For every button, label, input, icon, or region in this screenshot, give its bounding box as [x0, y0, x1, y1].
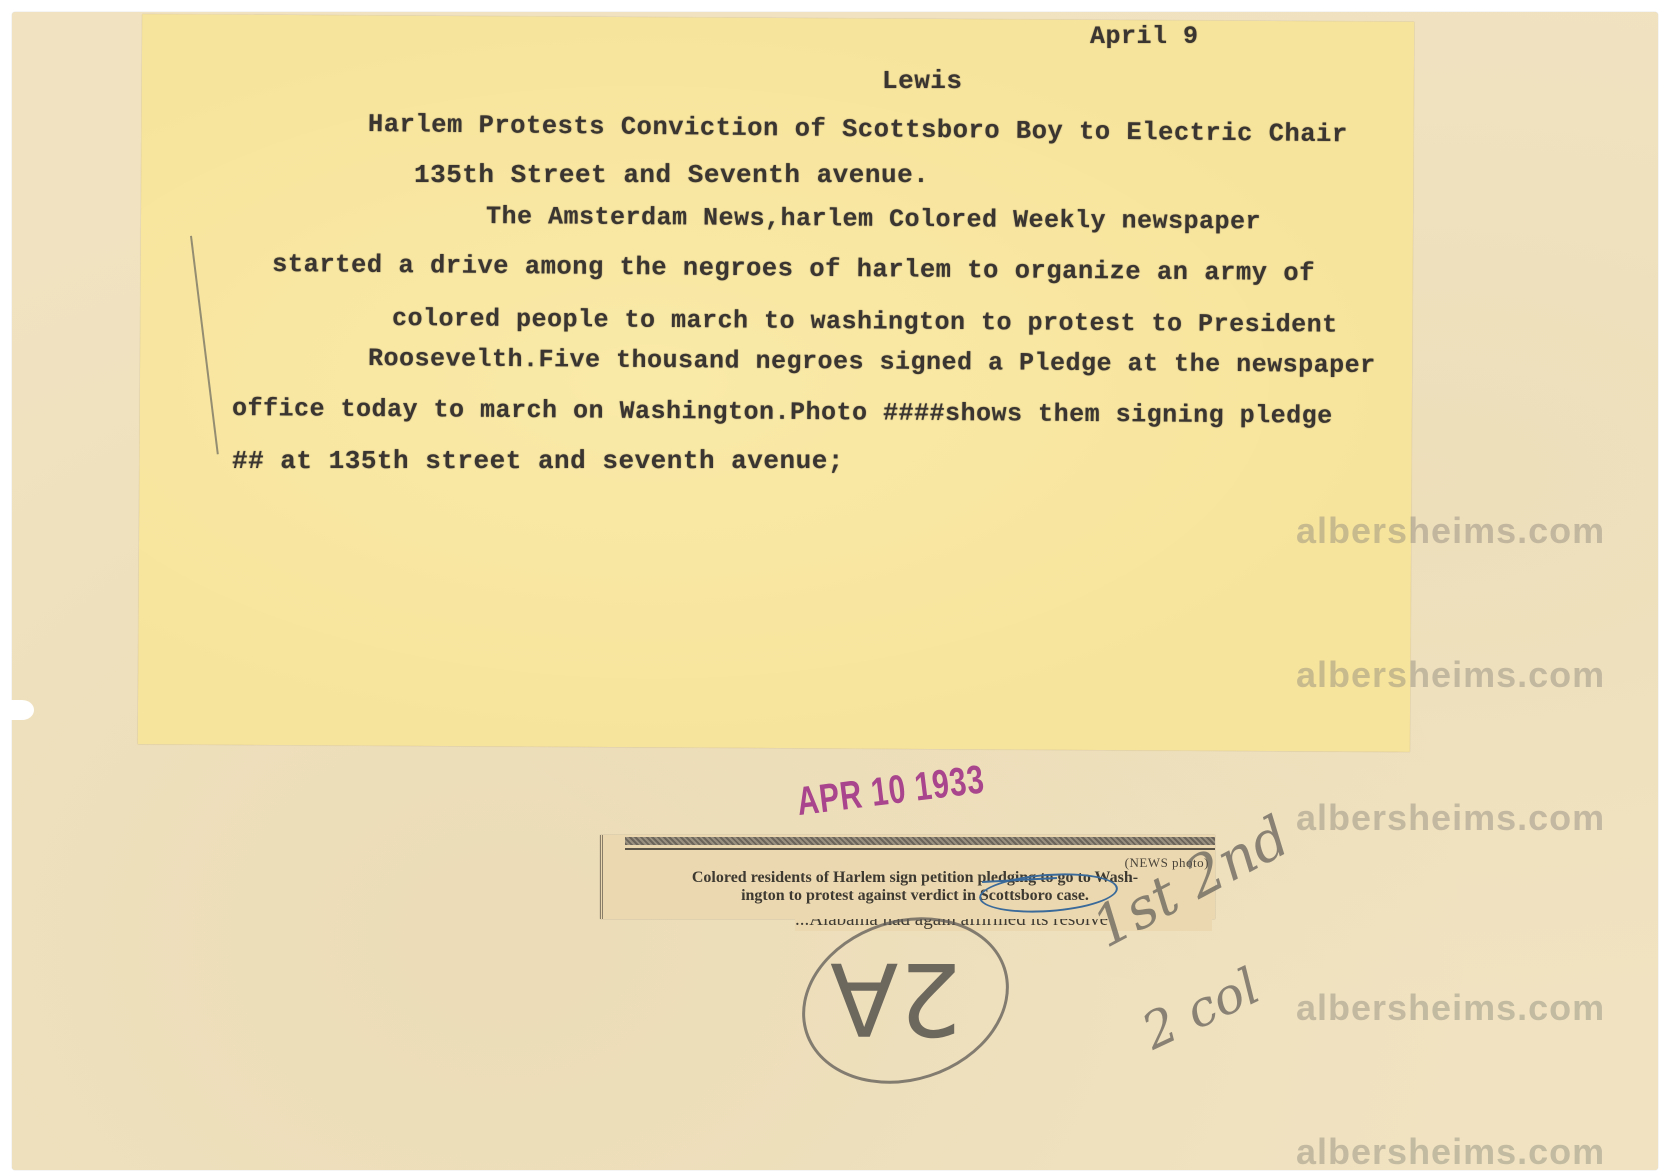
slip-photographer: Lewis — [882, 66, 963, 96]
card-tear-notch — [10, 700, 34, 720]
slip-date: April 9 — [1090, 22, 1199, 51]
watermark: albersheims.com — [1296, 1131, 1605, 1173]
clipping-rule — [625, 848, 1215, 850]
slip-body-line: The Amsterdam News,harlem Colored Weekly… — [486, 202, 1261, 236]
pencil-circled-code: 2A — [830, 940, 962, 1057]
watermark: albersheims.com — [1296, 797, 1605, 839]
clipping-hatched-rule — [625, 837, 1215, 845]
slip-location: 135th Street and Seventh avenue. — [414, 160, 929, 190]
slip-body-line: ## at 135th street and seventh avenue; — [232, 446, 844, 476]
watermark: albersheims.com — [1296, 654, 1605, 696]
watermark: albersheims.com — [1296, 987, 1605, 1029]
watermark: albersheims.com — [1296, 510, 1605, 552]
